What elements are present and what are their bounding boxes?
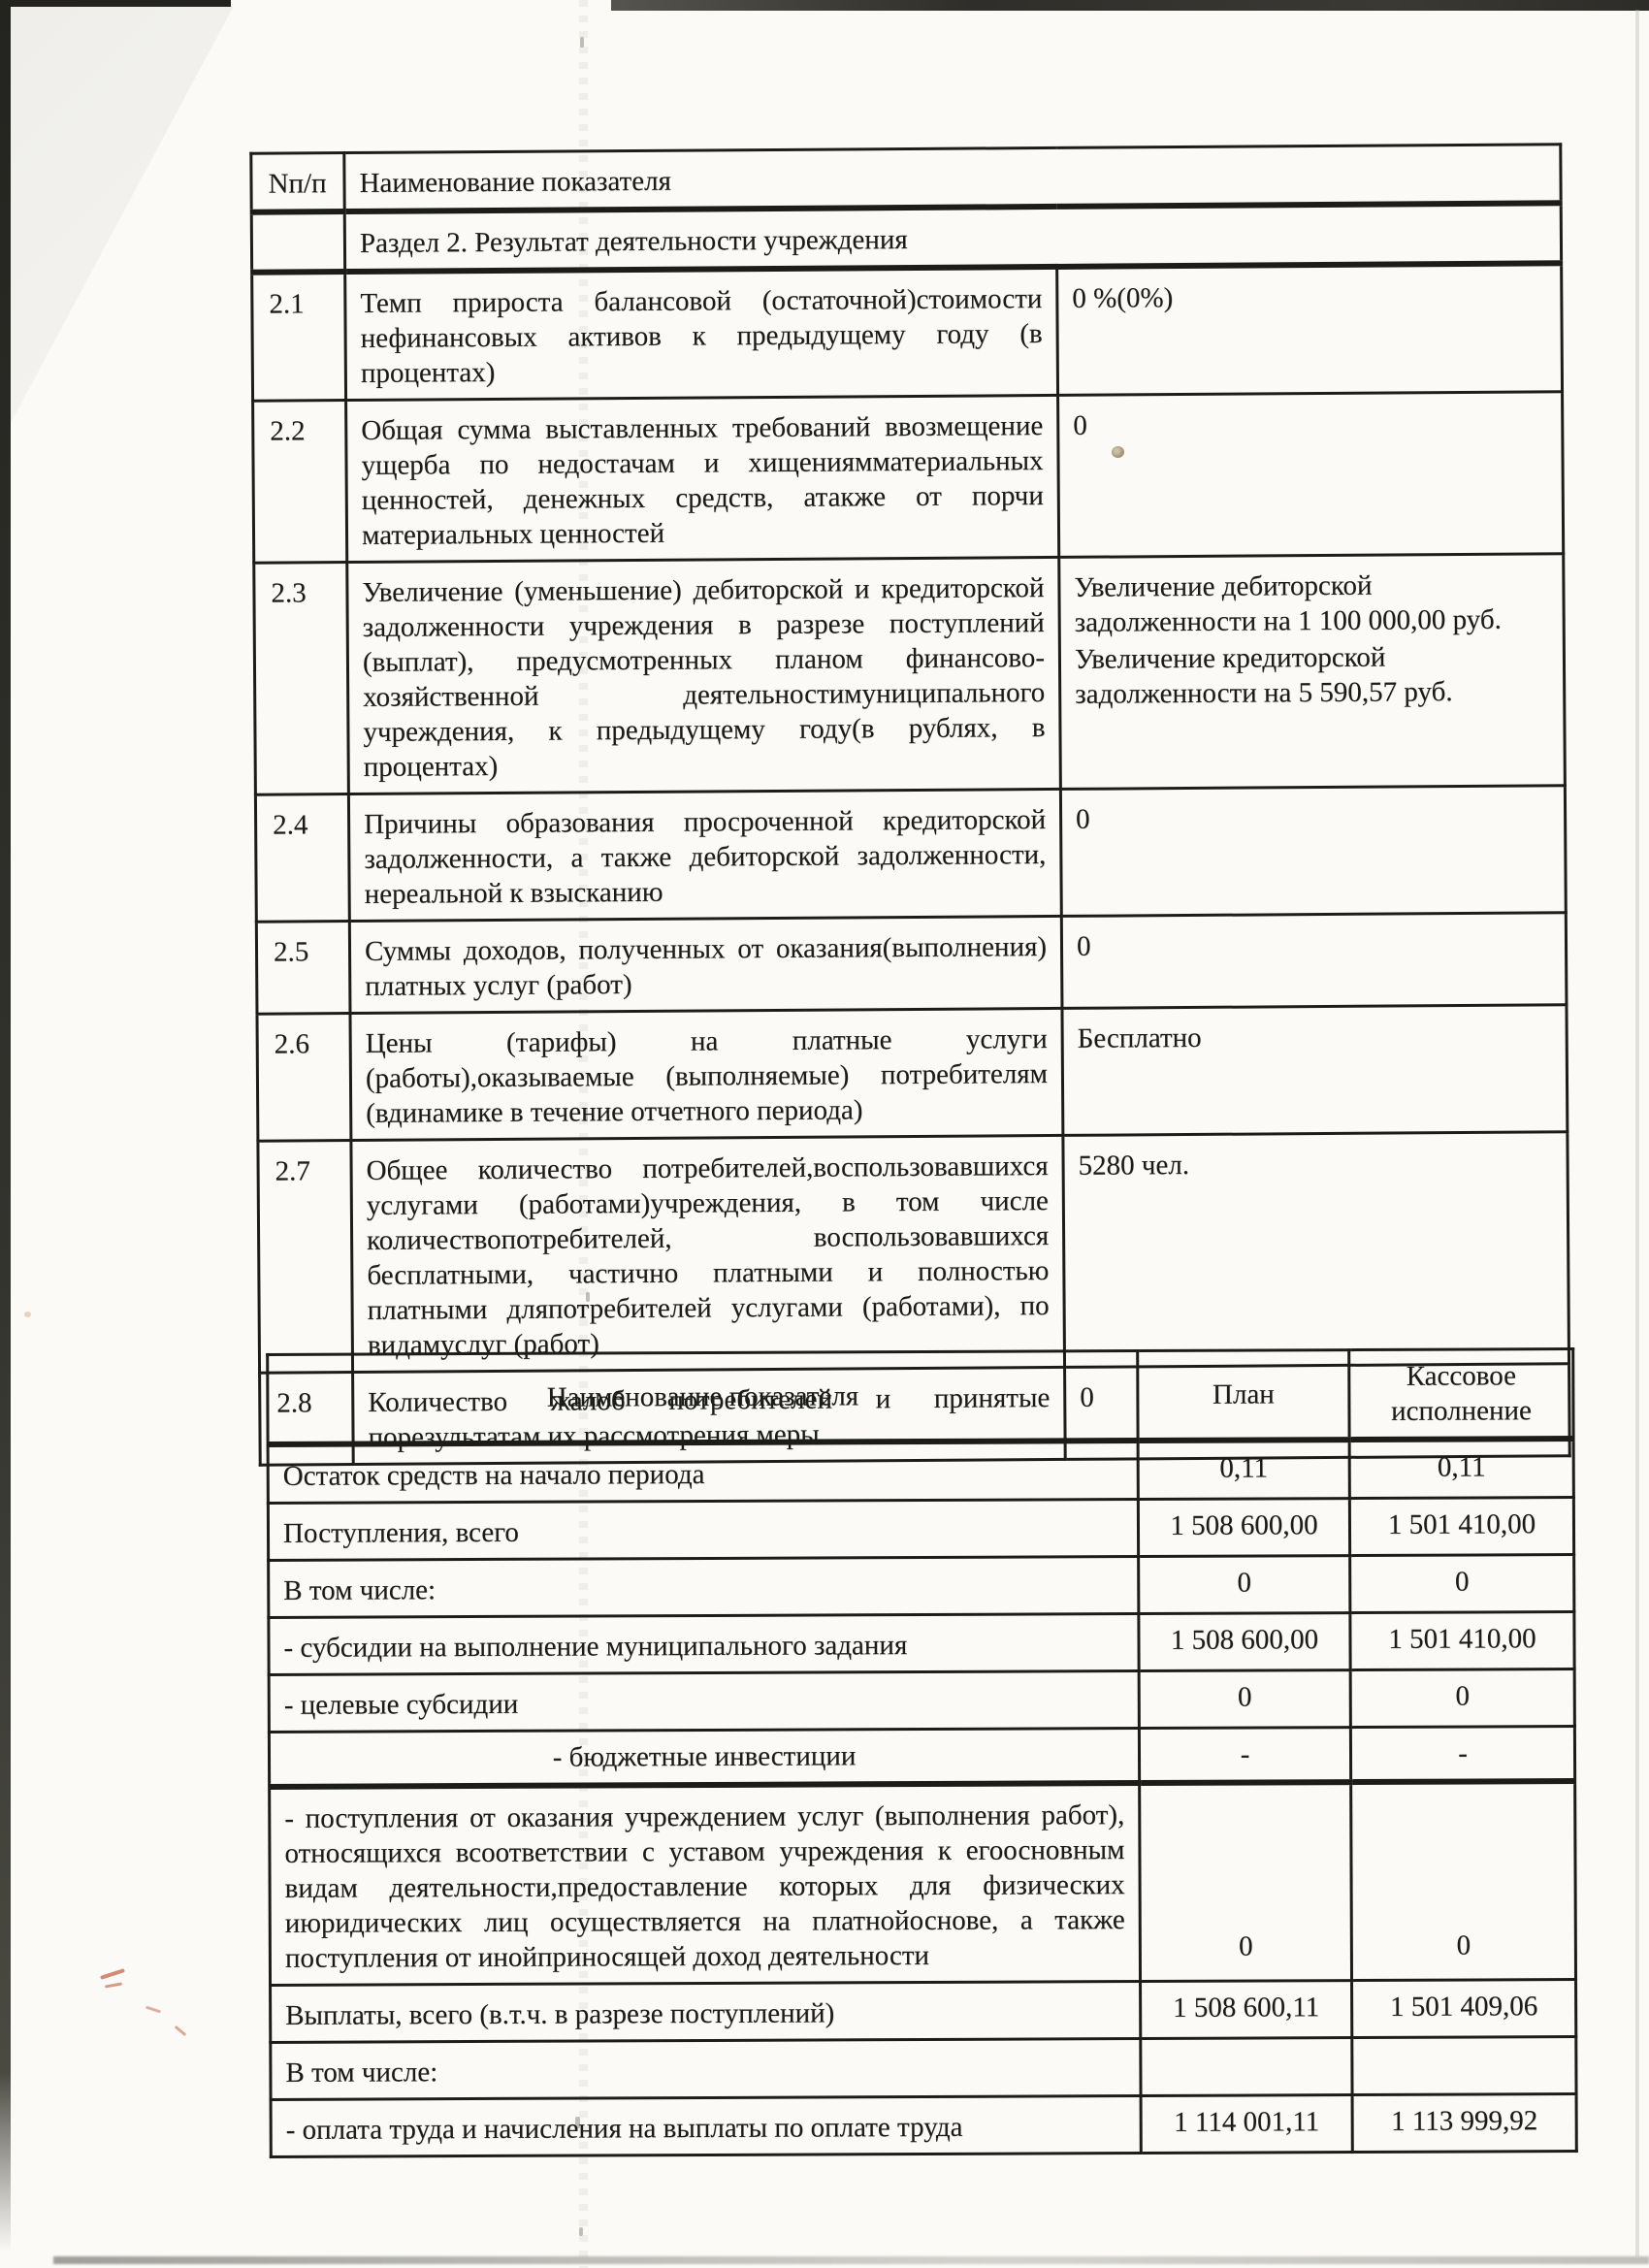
folded-corner-shadow — [11, 6, 234, 423]
plan-value-cell: 1 508 600,00 — [1138, 1499, 1349, 1557]
table-row: - целевые субсидии 0 0 — [269, 1669, 1574, 1733]
indicator-value-cell: Увеличение дебиторской задолженности на … — [1059, 554, 1566, 790]
indicator-value-cell: 0 %(0%) — [1057, 263, 1563, 395]
plan-value-cell: 0 — [1140, 1782, 1352, 1981]
indicator-name-cell: Остаток средств на начало периода — [268, 1441, 1138, 1503]
section2-results-table: Nп/п Наименование показателя Раздел 2. Р… — [249, 143, 1570, 1466]
indicator-name-cell: Причины образования просроченной кредито… — [348, 789, 1061, 921]
indicator-name-cell: В том числе: — [269, 1557, 1139, 1618]
table-row: В том числе: 0 0 — [269, 1555, 1574, 1618]
plan-value-cell: 0 — [1139, 1670, 1350, 1729]
indicator-name-cell: - поступления от оказания учреждением ус… — [270, 1783, 1141, 1985]
plan-value-cell: 1 114 001,11 — [1141, 2095, 1352, 2154]
cash-value-cell: 0 — [1350, 1555, 1574, 1613]
column-header-plan: План — [1138, 1350, 1349, 1441]
cash-value-cell: - — [1350, 1727, 1574, 1783]
table-row: 2.1 Темп прироста балансовой (остаточной… — [252, 263, 1563, 401]
column-header-indicator-name: Наименование показателя — [344, 145, 1561, 211]
plan-value-cell: 0 — [1139, 1556, 1350, 1614]
value-line: Увеличение кредиторской задолженности на… — [1075, 638, 1549, 711]
cash-value-cell: 1 501 410,00 — [1349, 1498, 1573, 1556]
scan-edge-top — [611, 0, 1649, 11]
cash-value-cell: 1 501 409,06 — [1352, 1980, 1576, 2038]
table-row: Выплаты, всего (в.т.ч. в разрезе поступл… — [271, 1980, 1576, 2043]
table-row: - поступления от оказания учреждением ус… — [270, 1781, 1576, 1985]
table-row: В том числе: — [271, 2037, 1576, 2100]
cash-value-cell: 0 — [1350, 1669, 1574, 1728]
indicator-name-cell: Цены (тарифы) на платные услуги (работы)… — [350, 1008, 1063, 1140]
indicator-value-cell: 0 — [1058, 392, 1564, 558]
column-header-cash-execution: Кассовое исполнение — [1349, 1349, 1573, 1441]
indicator-name-cell: Увеличение (уменьшение) дебиторской и кр… — [347, 557, 1061, 794]
table-row: - субсидии на выполнение муниципального … — [269, 1612, 1574, 1675]
indicator-value-cell: 5280 чел. — [1063, 1132, 1569, 1368]
table-row: 2.6 Цены (тарифы) на платные услуги (раб… — [257, 1005, 1568, 1141]
row-number-cell: 2.5 — [256, 922, 350, 1015]
indicator-name-cell: Суммы доходов, полученных от оказания(вы… — [349, 916, 1062, 1013]
table-row: 2.2 Общая сумма выставленных требований … — [253, 392, 1564, 563]
indicator-name-cell: Выплаты, всего (в.т.ч. в разрезе поступл… — [271, 1982, 1141, 2043]
red-pen-mark — [100, 1968, 125, 1980]
crease-speck — [579, 2227, 583, 2236]
table-row: Поступления, всего 1 508 600,00 1 501 41… — [268, 1498, 1573, 1561]
table-row: 2.3 Увеличение (уменьшение) дебиторской … — [254, 554, 1566, 794]
table-row: Остаток средств на начало периода 0,11 0… — [268, 1439, 1573, 1503]
row-number-cell: 2.6 — [257, 1014, 351, 1142]
indicator-value-cell: Бесплатно — [1062, 1005, 1568, 1136]
indicator-name-cell: - субсидии на выполнение муниципального … — [269, 1614, 1139, 1675]
red-pen-mark — [145, 2006, 161, 2014]
table-row: 2.4 Причины образования просроченной кре… — [255, 786, 1566, 922]
row-number-cell: 2.7 — [258, 1141, 353, 1374]
table-row: - оплата труда и начисления на выплаты п… — [271, 2094, 1576, 2157]
scan-edge-right — [1635, 10, 1639, 2256]
paper-speck — [24, 1312, 31, 1317]
cash-value-cell — [1352, 2037, 1576, 2095]
plan-execution-table: Наименование показателя План Кассовое ис… — [266, 1347, 1578, 2158]
cash-value-cell: 1 113 999,92 — [1352, 2094, 1576, 2153]
table-row: - бюджетные инвестиции - - — [269, 1727, 1574, 1787]
scan-edge-left — [0, 0, 11, 2252]
indicator-name-cell: Общая сумма выставленных требований ввоз… — [346, 395, 1059, 562]
row-number-cell: 2.2 — [253, 401, 347, 564]
indicator-name-cell: - целевые субсидии — [269, 1671, 1139, 1733]
red-pen-mark — [175, 2025, 187, 2036]
empty-cell — [251, 211, 344, 273]
indicator-name-cell: Поступления, всего — [268, 1500, 1138, 1561]
cash-value-cell: 1 501 410,00 — [1350, 1612, 1574, 1670]
indicator-value-cell: 0 — [1060, 786, 1566, 917]
plan-value-cell: - — [1139, 1728, 1350, 1783]
plan-value-cell — [1141, 2038, 1352, 2096]
column-header-indicator-name: Наименование показателя — [268, 1351, 1138, 1444]
indicator-name-cell: - оплата труда и начисления на выплаты п… — [271, 2096, 1141, 2157]
row-number-cell: 2.3 — [254, 563, 349, 795]
value-line: Увеличение дебиторской задолженности на … — [1074, 567, 1548, 639]
scan-edge-top-left — [0, 0, 231, 7]
scanned-page: Nп/п Наименование показателя Раздел 2. Р… — [0, 0, 1649, 2268]
indicator-value-cell: 0 — [1061, 913, 1567, 1009]
row-number-cell: 2.4 — [255, 794, 349, 923]
scan-edge-bottom — [53, 2256, 1649, 2264]
indicator-name-cell: Общее количество потребителей,воспользов… — [351, 1135, 1065, 1372]
cash-value-cell: 0,11 — [1349, 1439, 1573, 1499]
red-pen-mark — [105, 1982, 122, 1988]
indicator-name-cell: - бюджетные инвестиции — [269, 1729, 1139, 1787]
crease-speck — [580, 37, 584, 48]
indicator-name-cell: Темп прироста балансовой (остаточной)сто… — [345, 267, 1058, 401]
plan-value-cell: 1 508 600,11 — [1141, 1981, 1352, 2039]
plan-value-cell: 1 508 600,00 — [1139, 1613, 1350, 1671]
column-header-num: Nп/п — [251, 153, 344, 212]
table-row: 2.5 Суммы доходов, полученных от оказани… — [256, 913, 1567, 1014]
plan-value-cell: 0,11 — [1138, 1440, 1349, 1499]
cash-value-cell: 0 — [1351, 1781, 1576, 1981]
table-row: 2.7 Общее количество потребителей,воспол… — [258, 1132, 1569, 1373]
indicator-name-cell: В том числе: — [271, 2039, 1141, 2100]
section-title-cell: Раздел 2. Результат деятельности учрежде… — [344, 203, 1561, 272]
row-number-cell: 2.1 — [252, 272, 346, 401]
